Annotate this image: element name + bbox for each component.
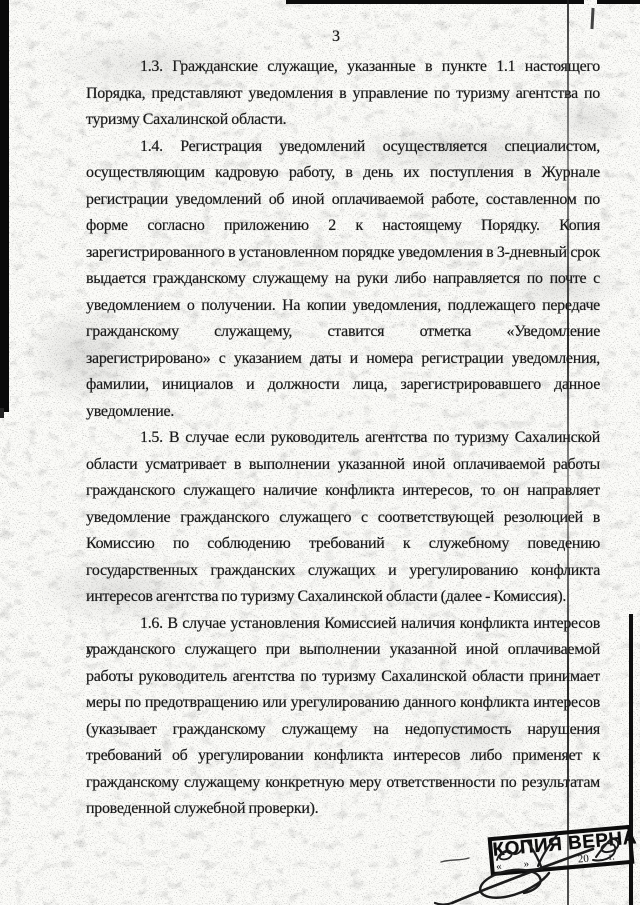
text-line: Порядка, представляют уведомления в упра… xyxy=(86,81,600,108)
text-line: гражданского служащего наличие конфликта… xyxy=(86,478,600,505)
text-line: 1.5. В случае если руководитель агентств… xyxy=(86,425,600,452)
text-line: (указывает гражданскому служащему на нед… xyxy=(86,717,600,744)
stamp-quote-close: » xyxy=(523,858,530,870)
text-line: зарегистрировано» с указанием даты и ном… xyxy=(86,346,600,373)
text-line: уведомлением о получении. На копии уведо… xyxy=(86,293,600,320)
scan-edge-bar-left-tail xyxy=(0,408,4,418)
document-body: 1.3. Гражданские служащие, указанные в п… xyxy=(86,54,600,823)
stamp-year-prefix: 20 xyxy=(577,853,589,866)
text-line: уведомление. xyxy=(86,399,600,426)
copy-certification-stamp: КОПИЯ ВЕРНА « » 20 г. xyxy=(488,825,635,876)
text-line: осуществляющим кадровую работу, в день и… xyxy=(86,160,600,187)
stamp-year-blank xyxy=(590,852,607,864)
text-line: фамилии, инициалов и должности лица, зар… xyxy=(86,372,600,399)
text-line: туризму Сахалинской области. xyxy=(86,107,600,134)
text-line: гражданскому служащему конкретную меру о… xyxy=(86,770,600,797)
stamp-day-blank xyxy=(502,859,523,872)
text-line: 1.3. Гражданские служащие, указанные в п… xyxy=(86,54,600,81)
text-line: области усматривает в выполнении указанн… xyxy=(86,452,600,479)
text-line: регистрации уведомлений об иной оплачива… xyxy=(86,187,600,214)
page-number: 3 xyxy=(86,28,586,46)
text-line: меры по предотвращению или урегулировани… xyxy=(86,690,600,717)
text-line: работы руководитель агентства по туризму… xyxy=(86,664,600,691)
scan-edge-bar-top-right xyxy=(597,0,640,4)
text-line: проведенной служебной проверки). xyxy=(86,796,600,823)
text-line: 1.6. В случае установления Комиссией нал… xyxy=(86,611,600,638)
text-line: гражданского служащего при выполнении ук… xyxy=(86,637,600,664)
signature-tail xyxy=(435,903,452,905)
date-line-dash xyxy=(441,858,469,862)
stamp-month-blank xyxy=(533,855,576,870)
text-line: 1.4. Регистрация уведомлений осуществляе… xyxy=(86,134,600,161)
scan-mark-top xyxy=(590,8,594,29)
scanned-document-page: 3 1.3. Гражданские служащие, указанные в… xyxy=(0,0,640,905)
text-line: зарегистрированного в установленном поря… xyxy=(86,240,600,267)
stamp-quote-open: « xyxy=(496,860,503,872)
text-line: уведомление гражданского служащего с соо… xyxy=(86,505,600,532)
stamp-year-suffix: г. xyxy=(608,850,615,862)
text-line: форме согласно приложению 2 к настоящему… xyxy=(86,213,600,240)
text-line: Комиссию по соблюдению требований к служ… xyxy=(86,531,600,558)
text-line: требований об урегулировании конфликта и… xyxy=(86,743,600,770)
text-line: государственных гражданских служащих и у… xyxy=(86,558,600,585)
scan-edge-bar-top xyxy=(286,0,584,4)
text-line: гражданскому служащему, ставится отметка… xyxy=(86,319,600,346)
text-line: интересов агентства по туризму Сахалинск… xyxy=(86,584,600,611)
scan-edge-bar-left xyxy=(0,0,9,412)
text-line: выдается гражданскому служащему на руки … xyxy=(86,266,600,293)
